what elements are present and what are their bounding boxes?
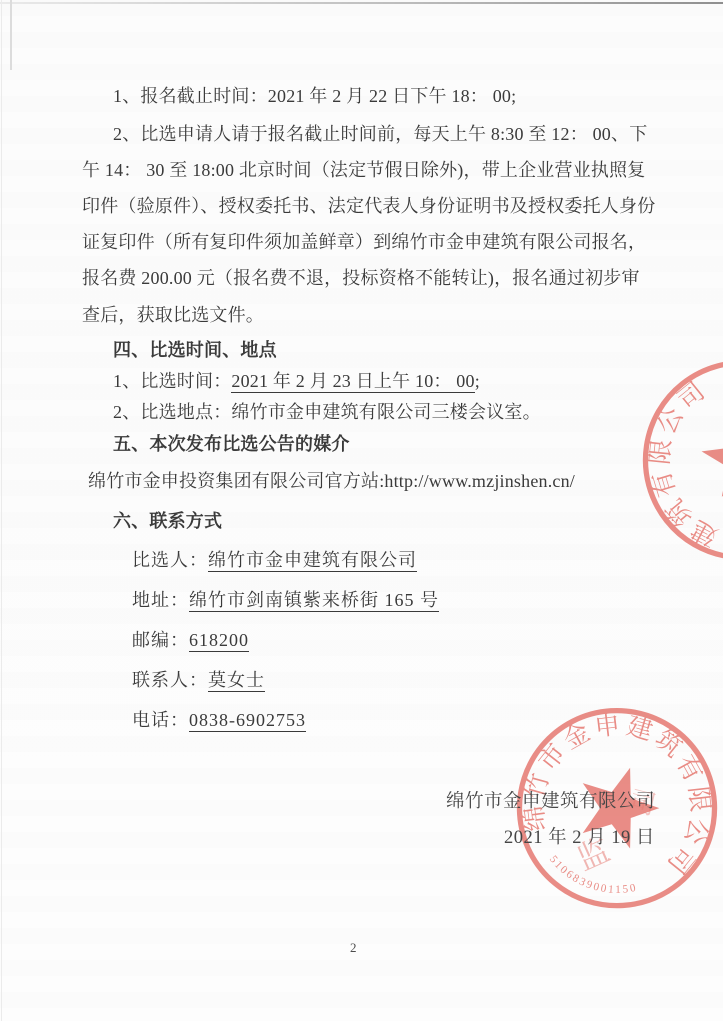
text-segment: 查后，获取比选文件。 <box>82 305 264 325</box>
text-segment: 四、比选时间、地点 <box>113 340 277 360</box>
document-line: 印件（验原件）、授权委托书、法定代表人身份证明书及授权委托人身份 <box>82 188 638 224</box>
document-line: 邮编：618200 <box>82 620 638 660</box>
document-line: 查后，获取比选文件。 <box>82 296 638 334</box>
document-line: 五、本次发布比选公告的媒介 <box>82 428 638 460</box>
underlined-text: 618200 <box>189 630 249 652</box>
text-segment: 1、报名截止时间：2021 年 2 月 22 日下午 18： 00; <box>113 86 516 106</box>
document-line: 比选人：绵竹市金申建筑有限公司 <box>82 540 638 580</box>
text-segment: 比选人： <box>132 550 208 570</box>
underlined-text: 0838-6902753 <box>189 710 306 732</box>
text-segment: 六、联系方式 <box>113 511 222 531</box>
text-segment: 五、本次发布比选公告的媒介 <box>113 434 350 454</box>
text-segment: ; <box>475 371 480 391</box>
text-segment: 电话： <box>132 710 189 730</box>
text-segment: 证复印件（所有复印件须加盖鲜章）到绵竹市金申建筑有限公司报名， <box>82 232 646 252</box>
document-line: 午 14： 30 至 18:00 北京时间（法定节假日除外)，带上企业营业执照复 <box>82 152 638 188</box>
document-line: 1、比选时间：2021 年 2 月 23 日上午 10： 00; <box>82 366 638 397</box>
company-seal-stamp-partial: 绵竹市金申建筑有限公司5106839001150 <box>637 352 723 564</box>
text-segment: 地址： <box>132 590 189 610</box>
document-line: 六、联系方式 <box>82 502 638 540</box>
scan-edge-line-top <box>0 2 723 4</box>
text-segment: 绵竹市金申投资集团有限公司官方站:http://www.mzjinshen.cn… <box>88 471 575 491</box>
document-line: 报名费 200.00 元（报名费不退，投标资格不能转让)，报名通过初步审 <box>82 260 638 296</box>
text-segment: 午 14： 30 至 18:00 北京时间（法定节假日除外)，带上企业营业执照复 <box>82 160 646 180</box>
text-segment: 印件（验原件）、授权委托书、法定代表人身份证明书及授权委托人身份 <box>82 196 655 216</box>
underlined-text: 绵竹市金申建筑有限公司 <box>208 550 417 572</box>
document-line: 绵竹市金申投资集团有限公司官方站:http://www.mzjinshen.cn… <box>82 460 638 502</box>
text-segment: 联系人： <box>132 670 208 690</box>
scanned-document-page: 1、报名截止时间：2021 年 2 月 22 日下午 18： 00;2、比选申请… <box>0 0 723 1021</box>
text-segment: 报名费 200.00 元（报名费不退，投标资格不能转让)，报名通过初步审 <box>82 268 640 288</box>
scan-edge-line-left-inner <box>10 0 12 70</box>
text-segment: 1、比选时间： <box>113 371 231 391</box>
underlined-text: 莫女士 <box>208 670 265 692</box>
text-segment: 2、比选地点：绵竹市金申建筑有限公司三楼会议室。 <box>113 402 541 422</box>
scan-edge-line-left-outer <box>1 0 2 1021</box>
document-line: 四、比选时间、地点 <box>82 334 638 366</box>
text-segment: 2、比选申请人请于报名截止时间前，每天上午 8:30 至 12： 00、下 <box>113 124 647 144</box>
document-line: 联系人：莫女士 <box>82 660 638 700</box>
underlined-text: 2021 年 2 月 23 日上午 10： 00 <box>231 371 474 393</box>
svg-text:5106839001150: 5106839001150 <box>542 851 641 905</box>
text-segment: 邮编： <box>132 630 189 650</box>
signature-date: 2021 年 2 月 19 日 <box>504 823 655 849</box>
signature-company: 绵竹市金申建筑有限公司 <box>446 787 655 813</box>
document-line: 1、报名截止时间：2021 年 2 月 22 日下午 18： 00; <box>82 76 638 116</box>
underlined-text: 绵竹市剑南镇紫来桥街 165 号 <box>189 590 439 612</box>
svg-text:绵竹市金申建筑有限公司: 绵竹市金申建筑有限公司 <box>637 366 723 564</box>
document-body: 1、报名截止时间：2021 年 2 月 22 日下午 18： 00;2、比选申请… <box>82 76 638 740</box>
document-line: 证复印件（所有复印件须加盖鲜章）到绵竹市金申建筑有限公司报名， <box>82 224 638 260</box>
document-line: 2、比选申请人请于报名截止时间前，每天上午 8:30 至 12： 00、下 <box>82 116 638 152</box>
document-line: 地址：绵竹市剑南镇紫来桥街 165 号 <box>82 580 638 620</box>
seal-stamp-graphic: 绵竹市金申建筑有限公司5106839001150 <box>637 352 723 564</box>
document-line: 2、比选地点：绵竹市金申建筑有限公司三楼会议室。 <box>82 397 638 428</box>
page-number: 2 <box>350 940 357 956</box>
document-line: 电话：0838-6902753 <box>82 700 638 740</box>
